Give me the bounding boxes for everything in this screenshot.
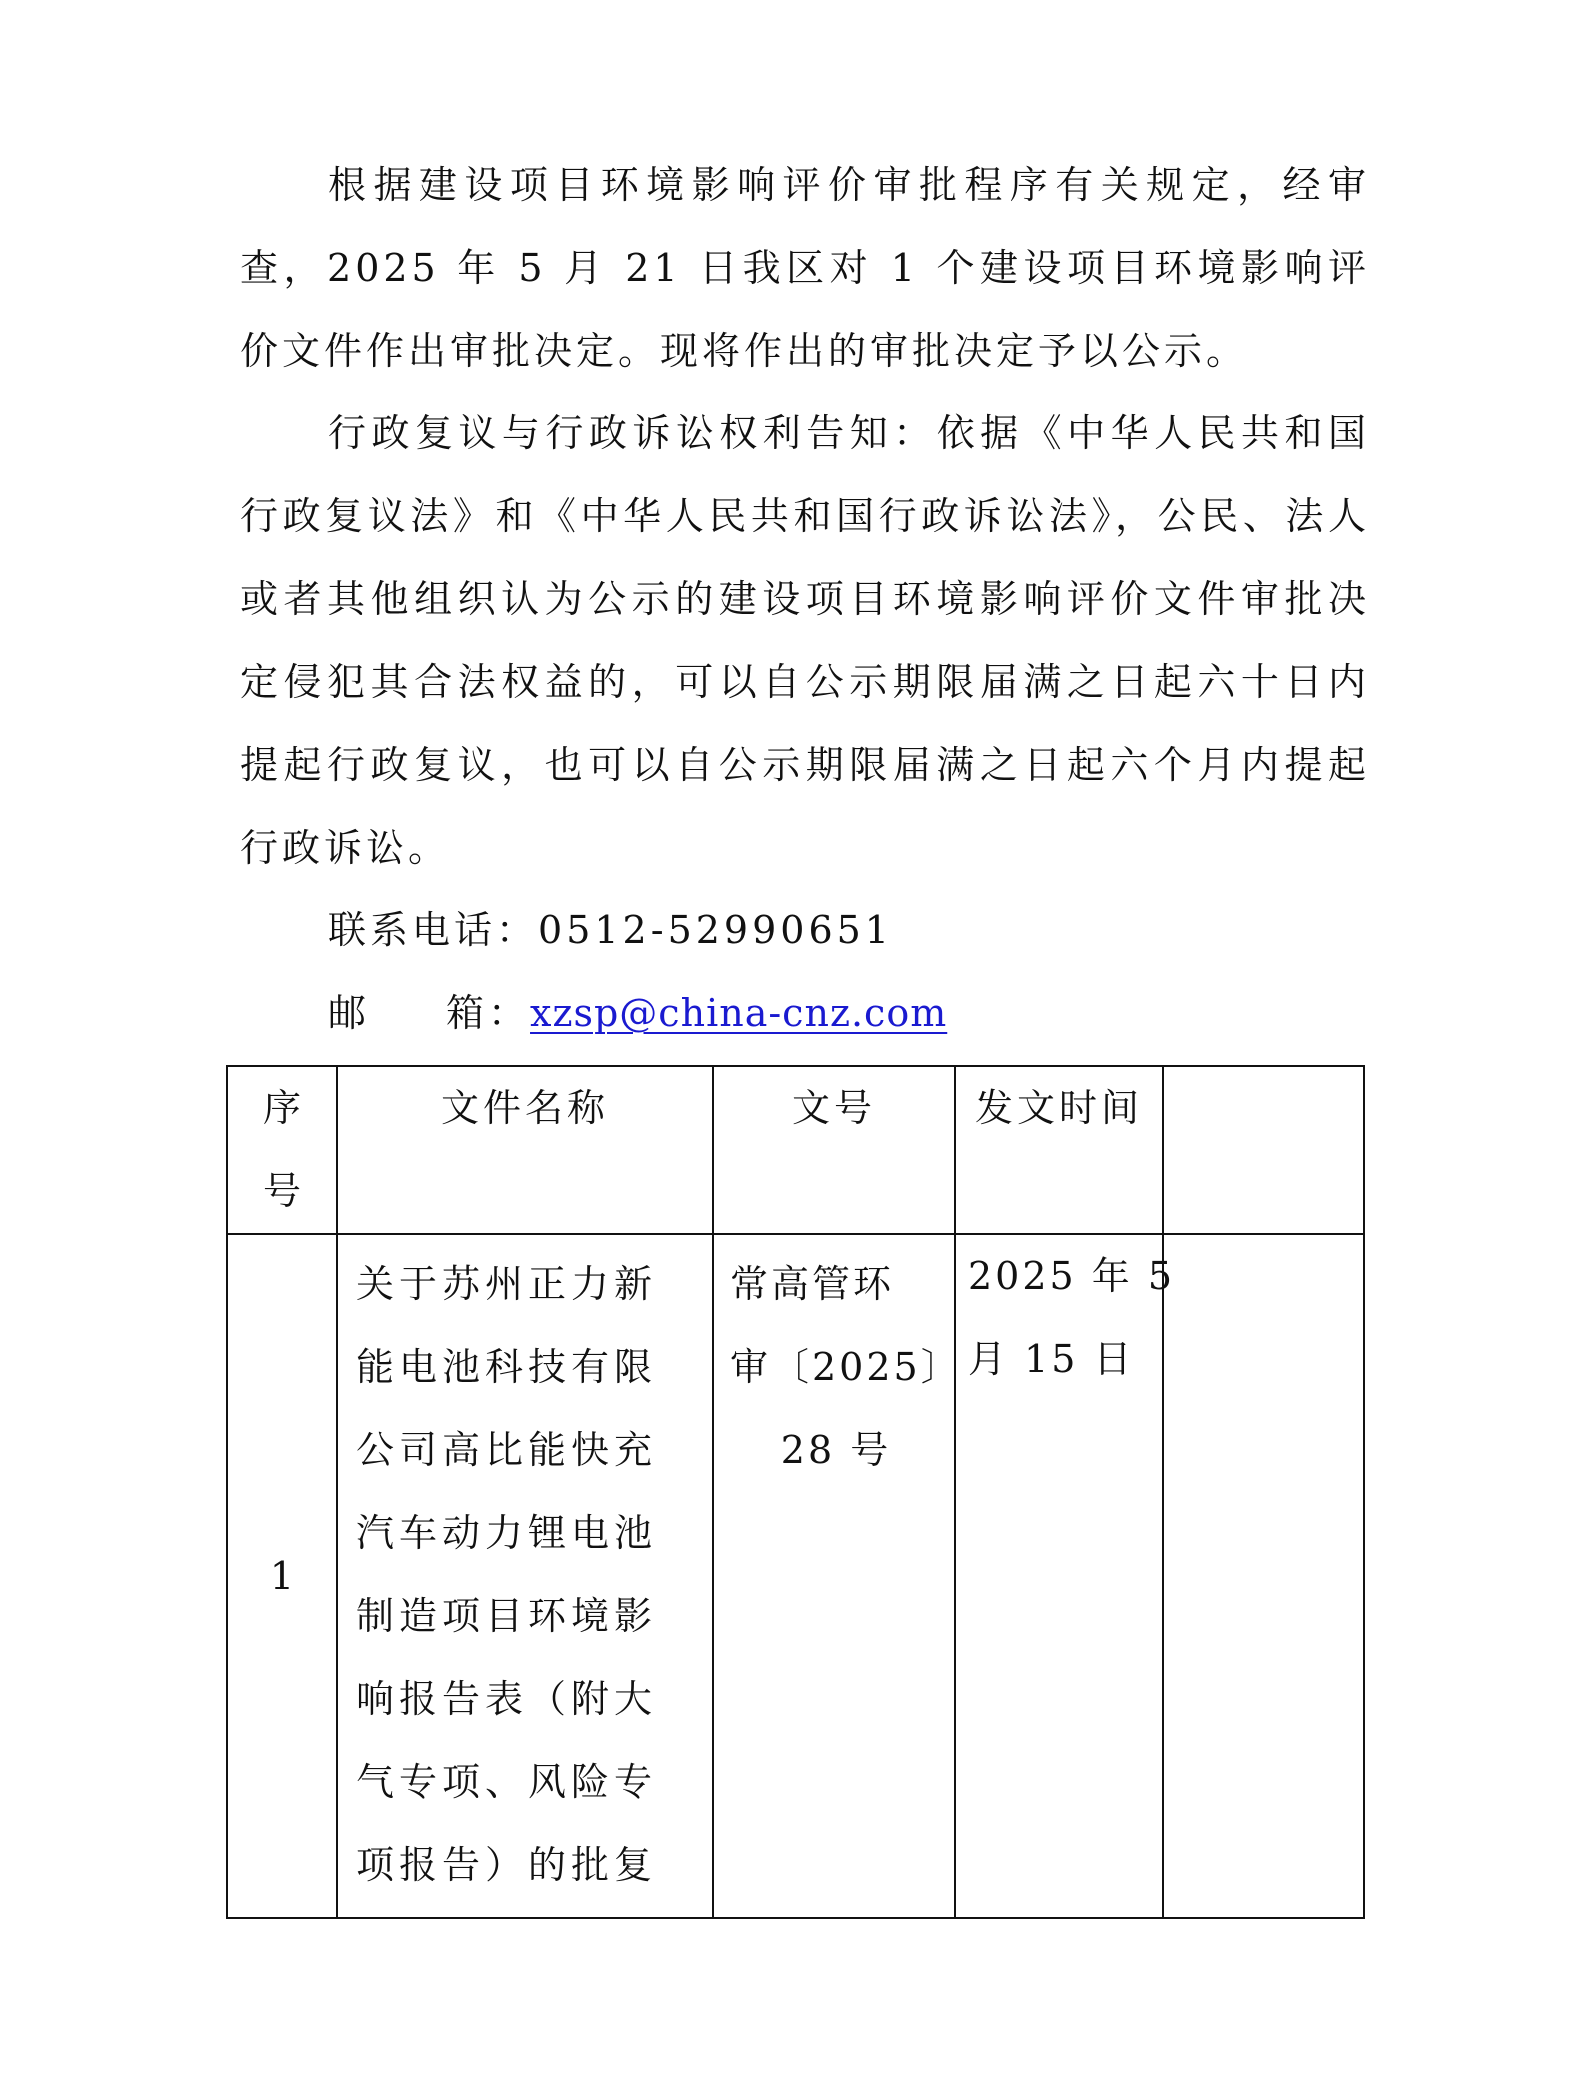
header-file-name: 文件名称 xyxy=(337,1066,713,1234)
file-name-line: 汽车动力锂电池 xyxy=(356,1492,694,1575)
table-header-row: 序 号 文件名称 文号 发文时间 xyxy=(227,1066,1364,1234)
header-serial-char2: 号 xyxy=(228,1150,336,1233)
phone-number: 0512-52990651 xyxy=(538,908,893,952)
table-row: 1 关于苏州正力新 能电池科技有限 公司高比能快充 汽车动力锂电池 制造项目环境… xyxy=(227,1234,1364,1918)
paragraph-line: 出审批决定。现将作出的审批决定予以公示。 xyxy=(408,329,1248,373)
email-label-part1: 邮 xyxy=(328,991,370,1035)
issue-date-line: 2025 年 5 xyxy=(968,1235,1152,1318)
cell-file-name: 关于苏州正力新 能电池科技有限 公司高比能快充 汽车动力锂电池 制造项目环境影 … xyxy=(337,1234,713,1918)
email-link[interactable]: xzsp@china-cnz.com xyxy=(530,991,947,1035)
issue-date-line: 月 15 日 xyxy=(968,1318,1152,1401)
paragraph-line: 行政复议与行政诉讼权利告知：依据《中华人民共和国 xyxy=(328,411,1370,455)
header-issue-date: 发文时间 xyxy=(955,1066,1163,1234)
file-name-line: 项报告）的批复 xyxy=(356,1824,694,1907)
rights-notice-paragraph: 行政复议与行政诉讼权利告知：依据《中华人民共和国行政复议法》和《中华人民共和国行… xyxy=(240,392,1370,890)
phone-label: 联系电话： xyxy=(328,908,538,952)
contact-phone: 联系电话：0512-52990651 xyxy=(328,889,893,972)
approval-notice-paragraph: 根据建设项目环境影响评价审批程序有关规定，经审查，2025 年 5 月 21 日… xyxy=(240,144,1370,393)
file-name-line: 关于苏州正力新 xyxy=(356,1243,694,1326)
approval-table: 序 号 文件名称 文号 发文时间 1 关于苏州正力新 能电池科技有限 公司高比能… xyxy=(226,1065,1365,1919)
cell-extra xyxy=(1163,1234,1364,1918)
cell-issue-date: 2025 年 5 月 15 日 xyxy=(955,1234,1163,1918)
document-page: 根据建设项目环境影响评价审批程序有关规定，经审查，2025 年 5 月 21 日… xyxy=(0,0,1587,2079)
header-serial-number: 序 号 xyxy=(227,1066,337,1234)
doc-number-line: 28 号 xyxy=(730,1409,942,1492)
file-name-line: 制造项目环境影 xyxy=(356,1575,694,1658)
paragraph-line: 行政复议法》和《中华人民共和国行政诉讼法》，公民、法 xyxy=(240,494,1328,538)
file-name-line: 能电池科技有限 xyxy=(356,1326,694,1409)
doc-number-line: 常高管环 xyxy=(730,1243,942,1326)
header-doc-number: 文号 xyxy=(713,1066,955,1234)
file-name-line: 公司高比能快充 xyxy=(356,1409,694,1492)
doc-number-line: 审〔2025〕 xyxy=(730,1326,942,1409)
contact-email: 邮箱：xzsp@china-cnz.com xyxy=(328,972,947,1055)
header-serial-char1: 序 xyxy=(228,1067,336,1150)
file-name-line: 气专项、风险专 xyxy=(356,1741,694,1824)
email-label-part2: 箱： xyxy=(446,991,530,1035)
cell-doc-number: 常高管环 审〔2025〕 28 号 xyxy=(713,1234,955,1918)
header-extra xyxy=(1163,1066,1364,1234)
cell-serial-number: 1 xyxy=(227,1234,337,1918)
file-name-line: 响报告表（附大 xyxy=(356,1658,694,1741)
